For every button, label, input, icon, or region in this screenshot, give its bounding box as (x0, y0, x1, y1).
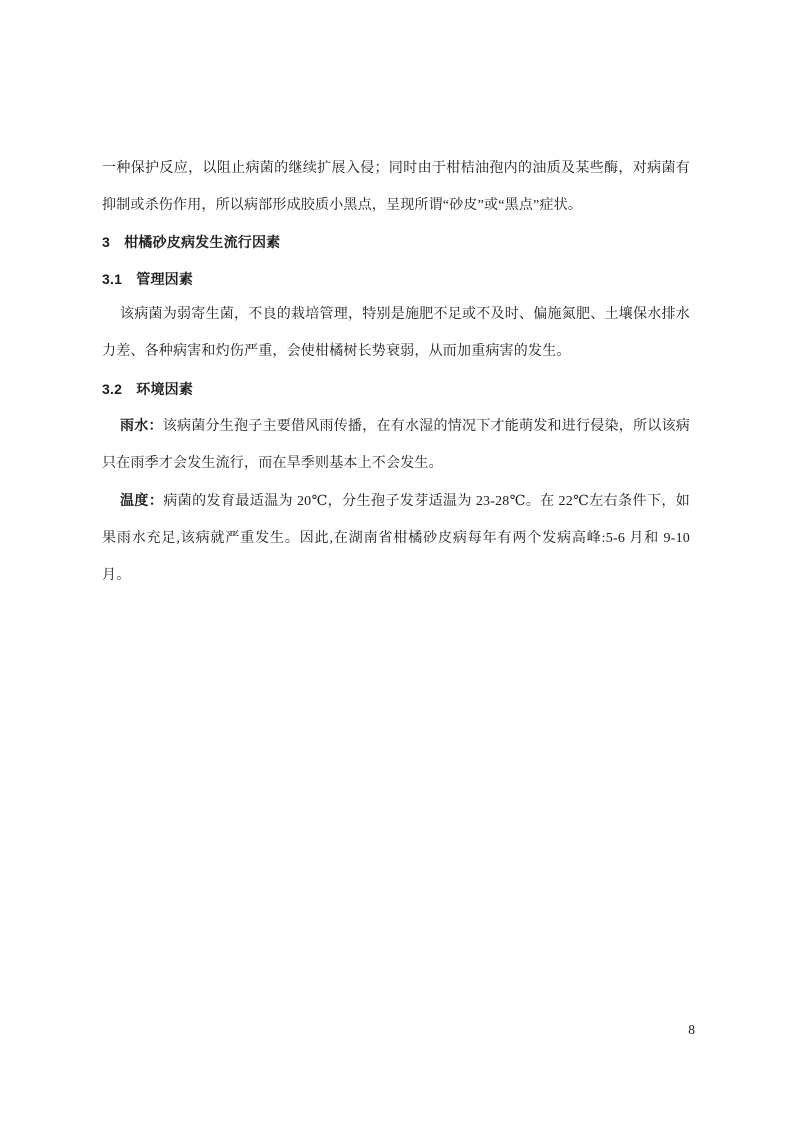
paragraph-management-factors: 该病菌为弱寄生菌，不良的栽培管理，特别是施肥不足或不及时、偏施氮肥、土壤保水排水… (102, 297, 690, 370)
rain-text: 该病菌分生孢子主要借风雨传播，在有水湿的情况下才能萌发和进行侵染，所以该病只在雨… (102, 419, 690, 471)
heading-section-3: 3 柑橘砂皮病发生流行因素 (102, 224, 690, 261)
rain-label: 雨水： (120, 417, 163, 433)
paragraph-rain-factor: 雨水：该病菌分生孢子主要借风雨传播，在有水湿的情况下才能萌发和进行侵染，所以该病… (102, 407, 690, 482)
temperature-label: 温度： (120, 492, 163, 508)
page-number: 8 (688, 1022, 695, 1037)
page-footer: 8 (688, 1022, 695, 1038)
paragraph-temperature-factor: 温度：病菌的发育最适温为 20℃，分生孢子发芽适温为 23-28℃。在 22℃左… (102, 482, 690, 594)
document-body: 一种保护反应，以阻止病菌的继续扩展入侵；同时由于柑桔油孢内的油质及某些酶，对病菌… (102, 151, 690, 594)
heading-section-3-1: 3.1 管理因素 (102, 261, 690, 298)
document-page: 一种保护反应，以阻止病菌的继续扩展入侵；同时由于柑桔油孢内的油质及某些酶，对病菌… (0, 0, 794, 1123)
paragraph-symptom-continuation: 一种保护反应，以阻止病菌的继续扩展入侵；同时由于柑桔油孢内的油质及某些酶，对病菌… (102, 151, 690, 224)
heading-section-3-2: 3.2 环境因素 (102, 371, 690, 408)
temperature-text: 病菌的发育最适温为 20℃，分生孢子发芽适温为 23-28℃。在 22℃左右条件… (102, 494, 690, 582)
